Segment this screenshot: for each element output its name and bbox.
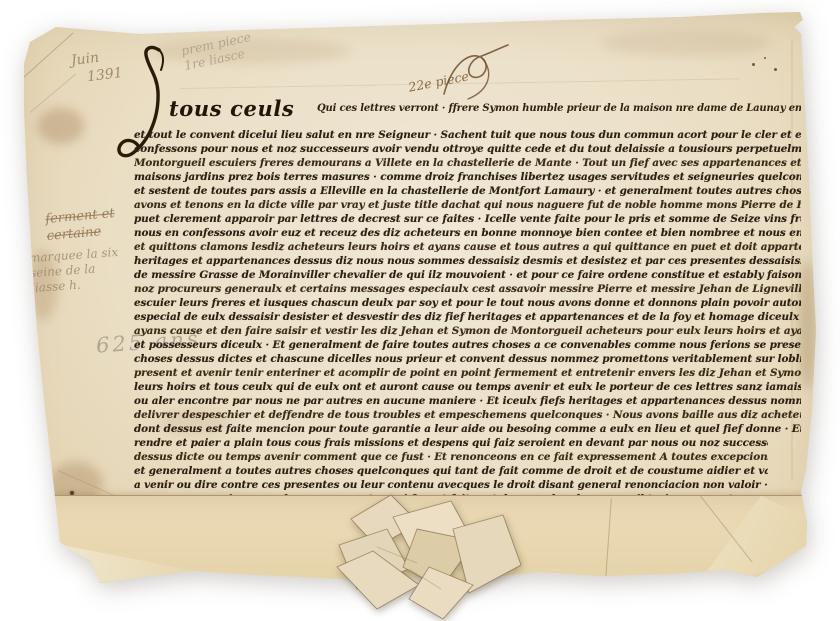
manuscript-line: escuier leurs freres et iusques chascun … bbox=[134, 296, 801, 310]
plica-fold-line bbox=[605, 498, 612, 580]
ink-speck bbox=[752, 63, 755, 66]
ink-speck bbox=[774, 68, 777, 71]
stain bbox=[600, 30, 770, 56]
manuscript-line: delivrer despeschier et deffendre de tou… bbox=[134, 408, 801, 422]
manuscript-line: et sestent de toutes pars assis a Ellevi… bbox=[134, 184, 801, 198]
pencil-m-mark: M bbox=[806, 32, 817, 45]
manuscript-line: Montorgueil escuiers freres demourans a … bbox=[134, 156, 801, 170]
manuscript-line: ou aler encontre par nous ne par autres … bbox=[134, 394, 801, 408]
manuscript-line: et possesseurs diceulx · Et generalment … bbox=[134, 338, 801, 352]
seal-tag-knot bbox=[333, 489, 538, 621]
manuscript-line: dont dessus est faite mencion pour toute… bbox=[134, 422, 801, 436]
manuscript-line: Qui ces lettres verront · ffrere Symon h… bbox=[317, 103, 801, 114]
charter-incipit: tous ceuls bbox=[169, 96, 294, 121]
manuscript-line: especial de eulx dessaisir desister et d… bbox=[134, 310, 801, 324]
worm-hole bbox=[57, 555, 61, 559]
manuscript-line: de messire Grasse de Morainviller cheval… bbox=[134, 268, 801, 282]
manuscript-line: ayans cause et den faire saisir et vesti… bbox=[134, 324, 801, 338]
manuscript-line: dessus dicte ou temps avenir comment que… bbox=[134, 450, 768, 464]
manuscript-line: noz procureurs generaulx et certains mes… bbox=[134, 282, 801, 296]
manuscript-line: et generalment a toutes autres choses qu… bbox=[134, 464, 768, 478]
manuscript-line: choses dessus dictes et chascune dicelle… bbox=[134, 352, 801, 366]
stain bbox=[38, 108, 84, 144]
manuscript-line: puet clerement apparoir par lettres de d… bbox=[134, 212, 801, 226]
manuscript-line: confessons pour nous et noz successeurs … bbox=[134, 142, 801, 156]
manuscript-line: avons et tenons en la dicte ville par vr… bbox=[134, 198, 801, 212]
crease-line bbox=[18, 33, 74, 83]
ink-speck bbox=[764, 57, 766, 59]
manuscript-line: leurs hoirs et tous ceulx qui de eulx on… bbox=[134, 380, 801, 394]
manuscript-line: et tout le convent dicelui lieu salut en… bbox=[134, 128, 801, 142]
manuscript-line: rendre et paier a plain tous cous frais … bbox=[134, 436, 768, 450]
auction-photo-backdrop: Juin 1391 prem piece 1re liasce 22e piec… bbox=[0, 0, 840, 621]
paraph-flourish-icon bbox=[438, 42, 510, 104]
margin-liasse-note: marquee la six seine de la liasse h. bbox=[29, 245, 121, 296]
margin-crossed-note: ferment et certaine bbox=[45, 205, 117, 245]
pencil-filing-note: prem piece 1re liasce bbox=[180, 29, 256, 73]
charter-text-block: et tout le convent dicelui lieu salut en… bbox=[134, 128, 801, 506]
manuscript-line: et quittons clamons lesdiz acheteurs leu… bbox=[134, 240, 801, 254]
manuscript-line: nous en confessons avoir euz et receuz d… bbox=[134, 226, 801, 240]
crease-line bbox=[30, 74, 77, 113]
manuscript-line: present et avenir tenir enteriner et aco… bbox=[134, 366, 801, 380]
plica-corner-fold bbox=[701, 496, 822, 586]
manuscript-line: heritages et appartenances dessus diz no… bbox=[134, 254, 801, 268]
manuscript-line: maisons jardins prez bois terres masures… bbox=[134, 170, 801, 184]
